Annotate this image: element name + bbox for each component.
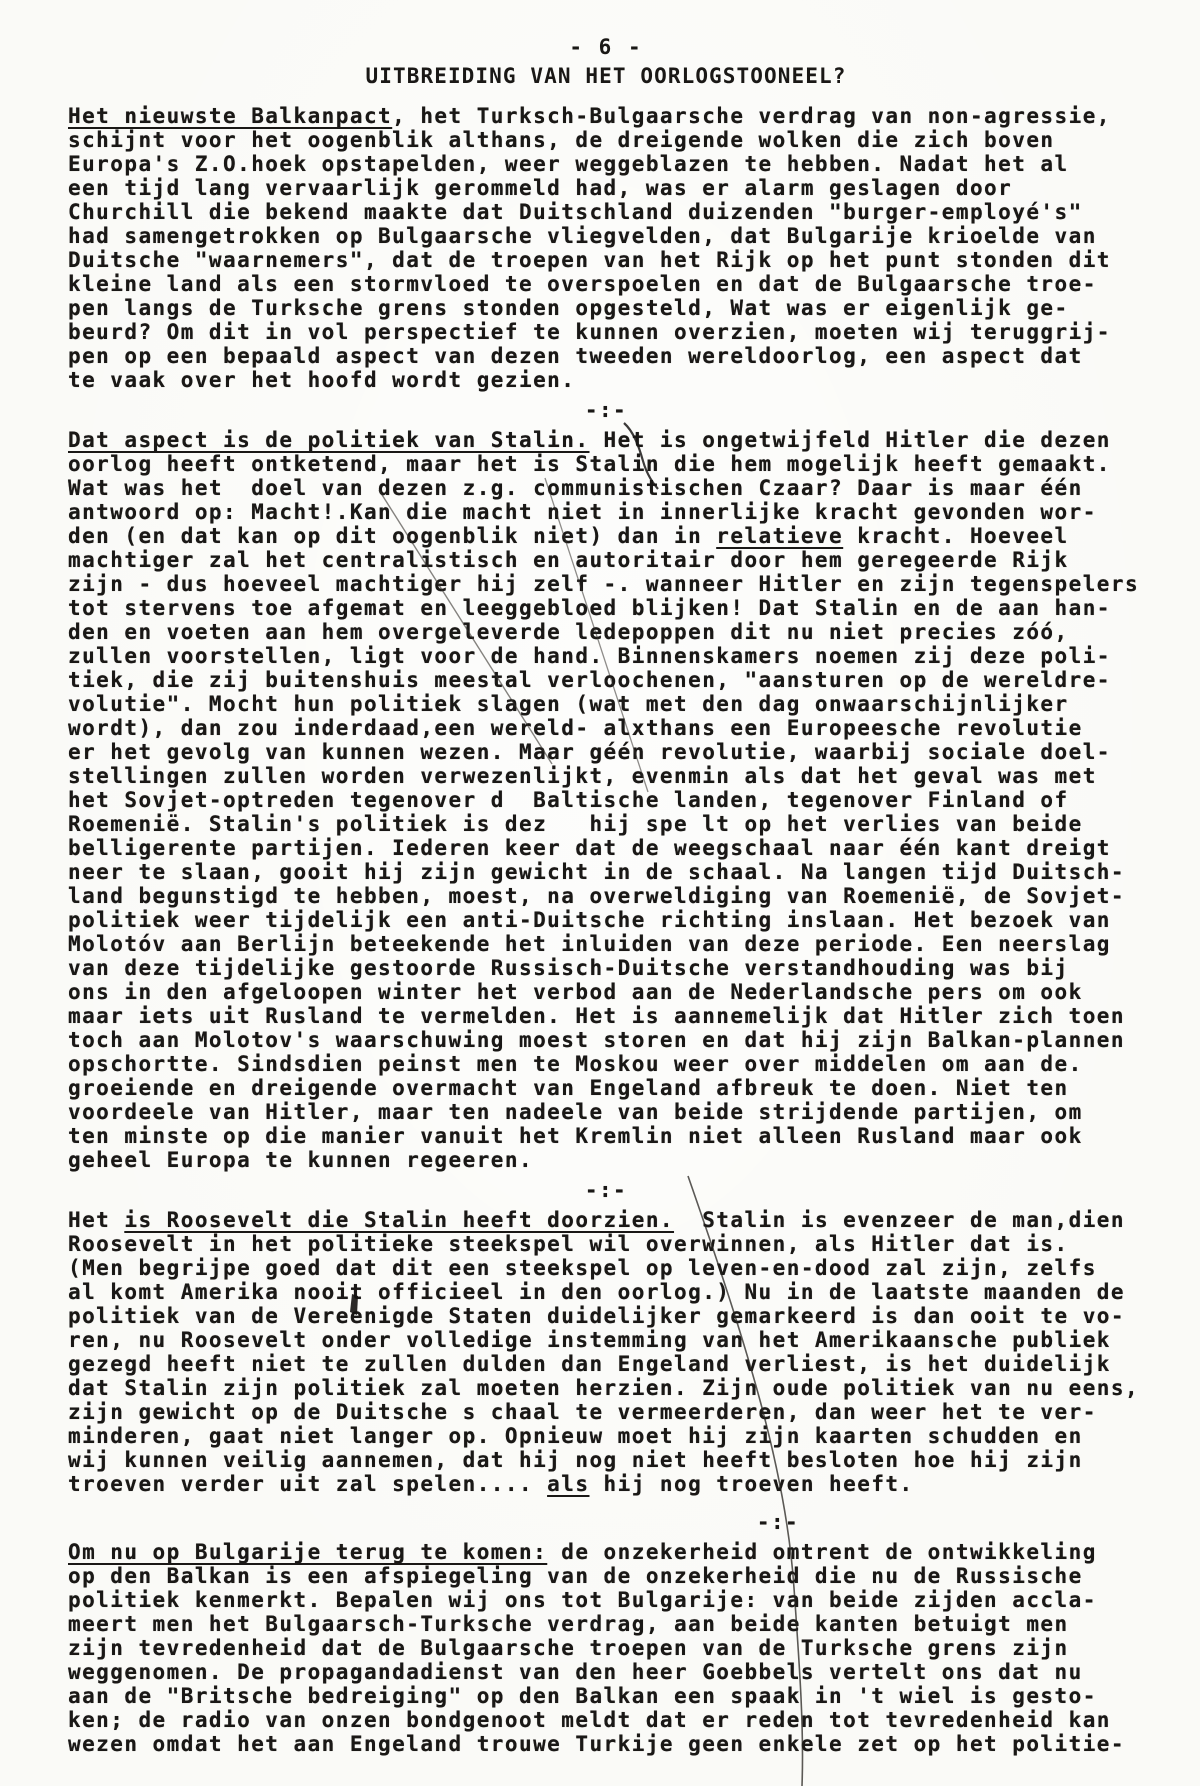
underlined-text: Dat aspect is de politiek van Stalin. — [68, 428, 589, 452]
plain-text: Het is ongetwijfeld Hitler die dezen — [589, 428, 1110, 452]
plain-text: antwoord op: Macht!.Kan die macht niet i… — [68, 500, 1097, 524]
text-line: minderen, gaat niet langer op. Opnieuw m… — [68, 1424, 1144, 1448]
text-line: Wat was het doel van dezen z.g. communis… — [68, 476, 1144, 500]
text-line: toch aan Molotov's waarschuwing moest st… — [68, 1028, 1144, 1052]
text-line: tiek, die zij buitenshuis meestal verloo… — [68, 668, 1144, 692]
plain-text: zijn - dus hoeveel machtiger hij zelf -.… — [68, 572, 1139, 596]
text-line: Dat aspect is de politiek van Stalin. He… — [68, 428, 1144, 452]
text-line: te vaak over het hoofd wordt gezien. — [68, 368, 1144, 392]
plain-text: Stalin is evenzeer de man,dien — [674, 1208, 1125, 1232]
plain-text: ons in den afgeloopen winter het verbod … — [68, 980, 1083, 1004]
text-line: weggenomen. De propagandadienst van den … — [68, 1660, 1144, 1684]
text-line: Europa's Z.O.hoek opstapelden, weer wegg… — [68, 152, 1144, 176]
text-line: troeven verder uit zal spelen.... als hi… — [68, 1472, 1144, 1496]
plain-text: Duitsche "waarnemers", dat de troepen va… — [68, 248, 1111, 272]
document-page: - 6 - UITBREIDING VAN HET OORLOGSTOONEEL… — [0, 0, 1200, 1786]
text-line: antwoord op: Macht!.Kan die macht niet i… — [68, 500, 1144, 524]
plain-text: ten minste op die manier vanuit het Krem… — [68, 1124, 1083, 1148]
plain-text: wezen omdat het aan Engeland trouwe Turk… — [68, 1732, 1125, 1756]
text-line: kleine land als een stormvloed te oversp… — [68, 272, 1144, 296]
text-line: groeiende en dreigende overmacht van Eng… — [68, 1076, 1144, 1100]
section-separator: -:- — [68, 398, 1144, 422]
plain-text: toch aan Molotov's waarschuwing moest st… — [68, 1028, 1125, 1052]
plain-text: Europa's Z.O.hoek opstapelden, weer wegg… — [68, 152, 1069, 176]
text-line: zijn tevredenheid dat de Bulgaarsche tro… — [68, 1636, 1144, 1660]
page-number: - 6 - — [68, 34, 1144, 60]
text-line: voordeele van Hitler, maar ten nadeele v… — [68, 1100, 1144, 1124]
text-line: neer te slaan, gooit hij zijn gewicht in… — [68, 860, 1144, 884]
plain-text: wij kunnen veilig aannemen, dat hij nog … — [68, 1448, 1083, 1472]
plain-text: land begunstigd te hebben, moest, na ove… — [68, 884, 1125, 908]
plain-text: neer te slaan, gooit hij zijn gewicht in… — [68, 860, 1125, 884]
paragraph-2-politiek-van-stalin: Dat aspect is de politiek van Stalin. He… — [68, 428, 1144, 1172]
underlined-text: Om nu op Bulgarije terug te komen: — [68, 1540, 547, 1564]
plain-text: dat Stalin zijn politiek zal moeten herz… — [68, 1376, 1139, 1400]
plain-text: gezegd heeft niet te zullen dulden dan E… — [68, 1352, 1111, 1376]
text-line: van deze tijdelijke gestoorde Russisch-D… — [68, 956, 1144, 980]
plain-text: Roosevelt in het politieke steekspel wil… — [68, 1232, 1069, 1256]
plain-text: opschortte. Sindsdien peinst men te Mosk… — [68, 1052, 1083, 1076]
text-line: volutie". Mocht hun politiek slagen (wat… — [68, 692, 1144, 716]
plain-text: voordeele van Hitler, maar ten nadeele v… — [68, 1100, 1083, 1124]
plain-text: zijn tevredenheid dat de Bulgaarsche tro… — [68, 1636, 1069, 1660]
text-line: ren, nu Roosevelt onder volledige instem… — [68, 1328, 1144, 1352]
text-line: (Men begrijpe goed dat dit een steekspel… — [68, 1256, 1144, 1280]
text-line: Molotóv aan Berlijn beteekende het inlui… — [68, 932, 1144, 956]
text-line: een tijd lang vervaarlijk gerommeld had,… — [68, 176, 1144, 200]
text-line: zijn gewicht op de Duitsche s chaal te v… — [68, 1400, 1144, 1424]
plain-text: politiek kenmerkt. Bepalen wij ons tot B… — [68, 1588, 1097, 1612]
plain-text: belligerente partijen. Iederen keer dat … — [68, 836, 1111, 860]
plain-text: een tijd lang vervaarlijk gerommeld had,… — [68, 176, 1012, 200]
text-line: den (en dat kan op dit oogenblik niet) d… — [68, 524, 1144, 548]
plain-text: zullen voorstellen, ligt voor de hand. B… — [68, 644, 1111, 668]
plain-text: hij nog troeven heeft. — [589, 1472, 913, 1496]
plain-text: minderen, gaat niet langer op. Opnieuw m… — [68, 1424, 1083, 1448]
text-line: beurd? Om dit in vol perspectief te kunn… — [68, 320, 1144, 344]
plain-text: politiek weer tijdelijk een anti-Duitsch… — [68, 908, 1111, 932]
text-line: op den Balkan is een afspiegeling van de… — [68, 1564, 1144, 1588]
text-line: politiek weer tijdelijk een anti-Duitsch… — [68, 908, 1144, 932]
text-line: opschortte. Sindsdien peinst men te Mosk… — [68, 1052, 1144, 1076]
text-line: Roosevelt in het politieke steekspel wil… — [68, 1232, 1144, 1256]
plain-text: geheel Europa te kunnen regeeren. — [68, 1148, 533, 1172]
plain-text: had samengetrokken op Bulgaarsche vliegv… — [68, 224, 1097, 248]
plain-text: Churchill die bekend maakte dat Duitschl… — [68, 200, 1083, 224]
text-line: gezegd heeft niet te zullen dulden dan E… — [68, 1352, 1144, 1376]
section-separator: -:- — [240, 1510, 1200, 1534]
plain-text: Het — [68, 1208, 124, 1232]
text-line: den en voeten aan hem overgeleverde lede… — [68, 620, 1144, 644]
plain-text: ken; de radio van onzen bondgenoot meldt… — [68, 1708, 1111, 1732]
plain-text: aan de "Britsche bedreiging" op den Balk… — [68, 1684, 1097, 1708]
plain-text: (Men begrijpe goed dat dit een steekspel… — [68, 1256, 1097, 1280]
plain-text: te vaak over het hoofd wordt gezien. — [68, 368, 575, 392]
text-line: pen op een bepaald aspect van dezen twee… — [68, 344, 1144, 368]
text-line: Het nieuwste Balkanpact, het Turksch-Bul… — [68, 104, 1144, 128]
underlined-text: relatieve — [716, 524, 843, 548]
plain-text: den en voeten aan hem overgeleverde lede… — [68, 620, 1069, 644]
paragraph-3-roosevelt-stalin: Het is Roosevelt die Stalin heeft doorzi… — [68, 1208, 1144, 1496]
plain-text: pen op een bepaald aspect van dezen twee… — [68, 344, 1083, 368]
plain-text: Molotóv aan Berlijn beteekende het inlui… — [68, 932, 1111, 956]
text-line: Om nu op Bulgarije terug te komen: de on… — [68, 1540, 1144, 1564]
text-line: politiek van de Vereenigde Staten duidel… — [68, 1304, 1144, 1328]
section-separator: -:- — [68, 1178, 1144, 1202]
plain-text: weggenomen. De propagandadienst van den … — [68, 1660, 1083, 1684]
text-line: wij kunnen veilig aannemen, dat hij nog … — [68, 1448, 1144, 1472]
plain-text: tiek, die zij buitenshuis meestal verloo… — [68, 668, 1111, 692]
text-line: het Sovjet-optreden tegenover d Baltisch… — [68, 788, 1144, 812]
page-title: UITBREIDING VAN HET OORLOGSTOONEEL? — [68, 62, 1144, 90]
underlined-text: is Roosevelt die Stalin heeft doorzien. — [124, 1208, 674, 1232]
text-line: politiek kenmerkt. Bepalen wij ons tot B… — [68, 1588, 1144, 1612]
plain-text: troeven verder uit zal spelen.... — [68, 1472, 547, 1496]
plain-text: maar iets uit Rusland te vermelden. Het … — [68, 1004, 1125, 1028]
text-line: oorlog heeft ontketend, maar het is Stal… — [68, 452, 1144, 476]
text-line: Roemenië. Stalin's politiek is dez hij s… — [68, 812, 1144, 836]
text-line: er het gevolg van kunnen wezen. Maar géé… — [68, 740, 1144, 764]
plain-text: volutie". Mocht hun politiek slagen (wat… — [68, 692, 1069, 716]
plain-text: schijnt voor het oogenblik althans, de d… — [68, 128, 1055, 152]
plain-text: wordt), dan zou inderdaad,een wereld- al… — [68, 716, 1083, 740]
plain-text: ren, nu Roosevelt onder volledige instem… — [68, 1328, 1111, 1352]
text-line: wezen omdat het aan Engeland trouwe Turk… — [68, 1732, 1144, 1756]
plain-text: kracht. Hoeveel — [843, 524, 1069, 548]
text-line: zullen voorstellen, ligt voor de hand. B… — [68, 644, 1144, 668]
plain-text: Wat was het doel van dezen z.g. communis… — [68, 476, 1083, 500]
plain-text: kleine land als een stormvloed te oversp… — [68, 272, 1097, 296]
plain-text: Roemenië. Stalin's politiek is dez hij s… — [68, 812, 1083, 836]
plain-text: er het gevolg van kunnen wezen. Maar géé… — [68, 740, 1111, 764]
plain-text: van deze tijdelijke gestoorde Russisch-D… — [68, 956, 1069, 980]
plain-text: beurd? Om dit in vol perspectief te kunn… — [68, 320, 1111, 344]
document-body: Het nieuwste Balkanpact, het Turksch-Bul… — [68, 104, 1144, 1756]
text-line: Het is Roosevelt die Stalin heeft doorzi… — [68, 1208, 1144, 1232]
plain-text: meert men het Bulgaarsch-Turksche verdra… — [68, 1612, 1069, 1636]
text-line: maar iets uit Rusland te vermelden. Het … — [68, 1004, 1144, 1028]
plain-text: den (en dat kan op dit oogenblik niet) d… — [68, 524, 716, 548]
text-line: belligerente partijen. Iederen keer dat … — [68, 836, 1144, 860]
text-line: meert men het Bulgaarsch-Turksche verdra… — [68, 1612, 1144, 1636]
text-line: schijnt voor het oogenblik althans, de d… — [68, 128, 1144, 152]
plain-text: , het Turksch-Bulgaarsche verdrag van no… — [392, 104, 1111, 128]
paragraph-1-balkanpact: Het nieuwste Balkanpact, het Turksch-Bul… — [68, 104, 1144, 392]
underlined-text: als — [547, 1472, 589, 1496]
plain-text: stellingen zullen worden verwezenlijkt, … — [68, 764, 1097, 788]
text-line: stellingen zullen worden verwezenlijkt, … — [68, 764, 1144, 788]
plain-text: het Sovjet-optreden tegenover d Baltisch… — [68, 788, 1069, 812]
text-line: aan de "Britsche bedreiging" op den Balk… — [68, 1684, 1144, 1708]
text-line: machtiger zal het centralistisch en auto… — [68, 548, 1144, 572]
text-line: ons in den afgeloopen winter het verbod … — [68, 980, 1144, 1004]
text-line: wordt), dan zou inderdaad,een wereld- al… — [68, 716, 1144, 740]
text-line: ken; de radio van onzen bondgenoot meldt… — [68, 1708, 1144, 1732]
text-line: Duitsche "waarnemers", dat de troepen va… — [68, 248, 1144, 272]
plain-text: pen langs de Turksche grens stonden opge… — [68, 296, 1069, 320]
text-line: land begunstigd te hebben, moest, na ove… — [68, 884, 1144, 908]
plain-text: op den Balkan is een afspiegeling van de… — [68, 1564, 1083, 1588]
plain-text: politiek van de Vereenigde Staten duidel… — [68, 1304, 1125, 1328]
plain-text: machtiger zal het centralistisch en auto… — [68, 548, 1069, 572]
plain-text: groeiende en dreigende overmacht van Eng… — [68, 1076, 1069, 1100]
text-line: al komt Amerika nooit officieel in den o… — [68, 1280, 1144, 1304]
plain-text: al komt Amerika nooit officieel in den o… — [68, 1280, 1125, 1304]
text-line: had samengetrokken op Bulgaarsche vliegv… — [68, 224, 1144, 248]
plain-text: zijn gewicht op de Duitsche s chaal te v… — [68, 1400, 1097, 1424]
underlined-text: Het nieuwste Balkanpact — [68, 104, 392, 128]
text-line: geheel Europa te kunnen regeeren. — [68, 1148, 1144, 1172]
text-line: dat Stalin zijn politiek zal moeten herz… — [68, 1376, 1144, 1400]
plain-text: oorlog heeft ontketend, maar het is Stal… — [68, 452, 1111, 476]
text-line: ten minste op die manier vanuit het Krem… — [68, 1124, 1144, 1148]
text-line: pen langs de Turksche grens stonden opge… — [68, 296, 1144, 320]
text-line: Churchill die bekend maakte dat Duitschl… — [68, 200, 1144, 224]
text-line: zijn - dus hoeveel machtiger hij zelf -.… — [68, 572, 1144, 596]
plain-text: tot stervens toe afgemat en leeggebloed … — [68, 596, 1111, 620]
paragraph-4-bulgarije: Om nu op Bulgarije terug te komen: de on… — [68, 1540, 1144, 1756]
text-line: tot stervens toe afgemat en leeggebloed … — [68, 596, 1144, 620]
plain-text: de onzekerheid omtrent de ontwikkeling — [547, 1540, 1097, 1564]
